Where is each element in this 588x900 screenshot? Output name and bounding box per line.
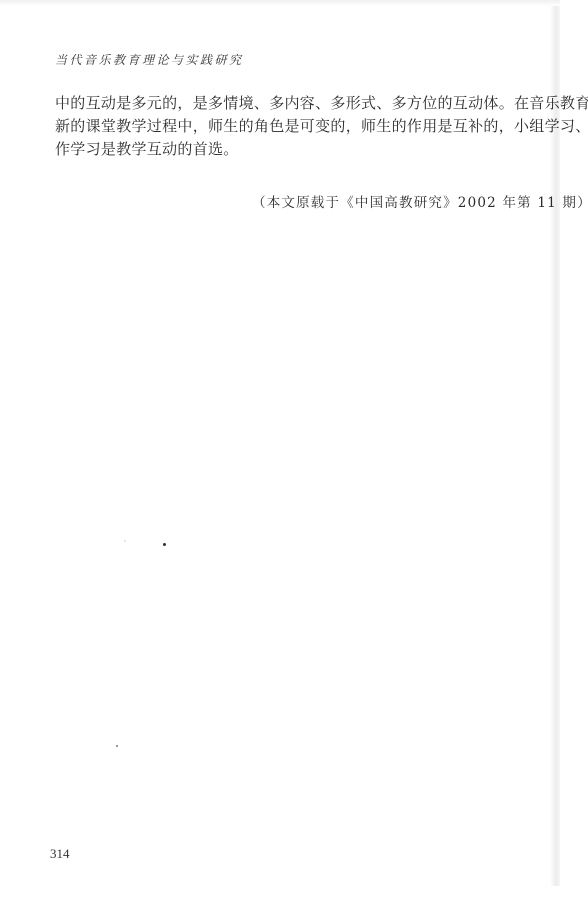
page-gutter-shadow <box>550 6 560 886</box>
body-line-2: 新的课堂教学过程中，师生的角色是可变的，师生的作用是互补的，小组学习、合 <box>55 115 535 138</box>
body-line-3: 作学习是教学互动的首选。 <box>55 138 535 161</box>
page-number: 314 <box>50 846 70 862</box>
scan-speck <box>116 745 118 747</box>
running-header: 当代音乐教育理论与实践研究 <box>55 51 244 68</box>
scan-speck <box>124 540 126 542</box>
body-line-1: 中的互动是多元的，是多情境、多内容、多形式、多方位的互动体。在音乐教育创 <box>55 92 535 115</box>
body-paragraph: 中的互动是多元的，是多情境、多内容、多形式、多方位的互动体。在音乐教育创 新的课… <box>55 92 535 161</box>
page-top-edge <box>0 0 560 6</box>
book-page: 当代音乐教育理论与实践研究 中的互动是多元的，是多情境、多内容、多形式、多方位的… <box>0 0 588 900</box>
source-citation: （本文原载于《中国高教研究》2002 年第 11 期） <box>252 191 588 211</box>
page-right-margin <box>560 0 588 900</box>
scan-speck <box>163 543 166 546</box>
